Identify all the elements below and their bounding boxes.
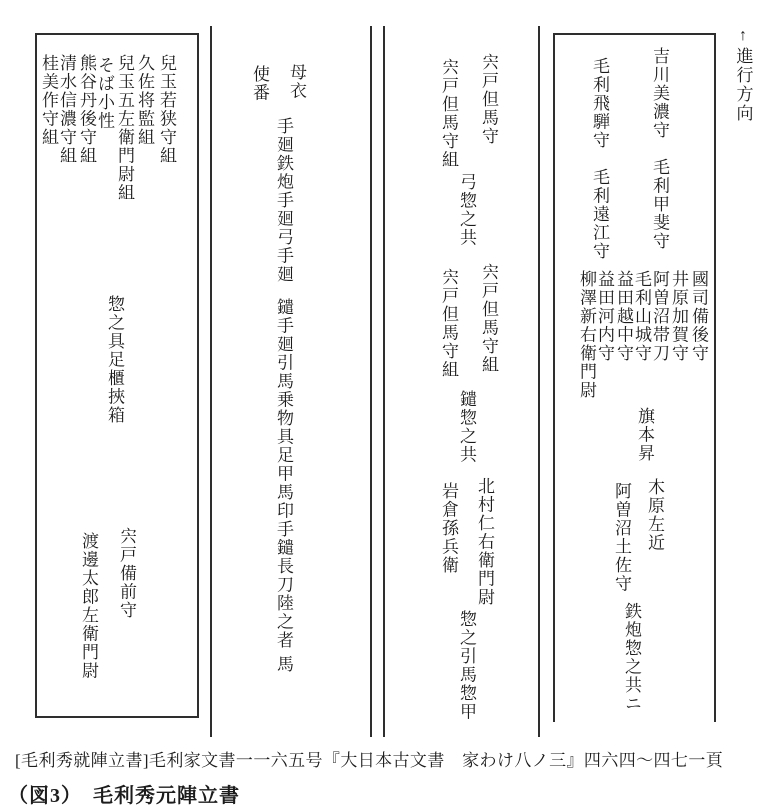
formation-entry: 鑓惣之共 — [456, 390, 475, 464]
formation-entry: 益田越中守 — [613, 270, 632, 363]
formation-entry: 益田河内守 — [594, 270, 613, 363]
formation-entry: 使番 — [249, 65, 268, 102]
formation-entry: 鑓手廻引馬乗物具足甲馬印手鑓長刀陸之者 — [273, 298, 292, 650]
formation-entry: 吉川美濃守 — [649, 47, 668, 140]
formation-entry: 手廻鉄炮手廻弓手廻 — [273, 117, 292, 284]
formation-box-4-leftmost: 兒玉若狭守組 久佐将監組 兒玉五左衛門尉組 そば小性 熊谷丹後守組 清水信濃守組… — [35, 33, 199, 718]
formation-entry: 毛利遠江守 — [589, 168, 608, 261]
formation-entry: 宍戸但馬守 — [478, 53, 497, 146]
formation-entry: 清水信濃守組 — [56, 54, 75, 165]
formation-entry: 渡邊太郎左衛門尉 — [78, 532, 97, 680]
formation-entry: 宍戸備前守 — [116, 527, 135, 620]
formation-entry: 宍戸但馬守組 — [438, 268, 457, 379]
formation-entry: 阿曽沼帯刀 — [649, 270, 668, 363]
formation-box-2: 宍戸但馬守 宍戸但馬守組 弓惣之共 宍戸但馬守組 宍戸但馬守組 鑓惣之共 北村仁… — [383, 26, 540, 737]
formation-entry: 毛利甲斐守 — [649, 158, 668, 251]
formation-entry: 岩倉孫兵衛 — [438, 482, 457, 575]
formation-entry: 毛利飛騨守 — [589, 57, 608, 150]
formation-entry: そば小性 — [94, 56, 113, 130]
formation-entry: 木原左近 — [644, 478, 663, 552]
up-arrow-icon: ↑ — [739, 28, 747, 44]
direction-label: 進行方向 — [731, 47, 756, 123]
formation-entry: 宍戸但馬守組 — [438, 58, 457, 169]
formation-entry: 井原加賀守 — [668, 270, 687, 363]
formation-entry: 兒玉若狭守組 — [156, 54, 175, 165]
formation-entry: 弓惣之共 — [456, 173, 475, 247]
formation-entry: 毛利山城守 — [631, 270, 650, 363]
formation-entry: 國司備後守 — [688, 270, 707, 363]
jinritsusho-figure: ↑ 進行方向 吉川美濃守 毛利飛騨守 毛利甲斐守 毛利遠江守 國司備後守 井原加… — [0, 0, 759, 809]
formation-entry: 桂美作守組 — [38, 54, 57, 147]
formation-entry: 鉄炮惣之共ニ — [621, 602, 640, 713]
formation-entry: 阿曽沼土佐守 — [611, 482, 630, 593]
formation-entry: 兒玉五左衛門尉組 — [114, 54, 133, 202]
formation-entry: 馬 — [273, 655, 292, 674]
formation-entry: 母衣 — [286, 63, 305, 100]
direction-indicator: ↑ 進行方向 — [729, 28, 757, 123]
formation-box-1-rightmost: 吉川美濃守 毛利飛騨守 毛利甲斐守 毛利遠江守 國司備後守 井原加賀守 阿曽沼帯… — [553, 33, 716, 722]
formation-entry: 惣之引馬惣甲 — [456, 610, 475, 721]
formation-entry: 柳澤新右衛門尉 — [576, 270, 595, 400]
source-caption: [毛利秀就陣立書]毛利家文書一一六五号『大日本古文書 家わけ八ノ三』四六四〜四七… — [15, 746, 723, 771]
formation-entry: 北村仁右衛門尉 — [474, 477, 493, 607]
formation-entry: 宍戸但馬守組 — [478, 263, 497, 374]
formation-entry: 久佐将監組 — [134, 54, 153, 147]
formation-entry: 熊谷丹後守組 — [76, 54, 95, 165]
formation-box-3: 母衣 使番 手廻鉄炮手廻弓手廻 鑓手廻引馬乗物具足甲馬印手鑓長刀陸之者 馬 — [210, 26, 372, 737]
figure-title: （図3） 毛利秀元陣立書 — [8, 779, 240, 808]
formation-entry: 旗本昇 — [634, 407, 653, 463]
formation-entry: 惣之具足櫃挾箱 — [104, 295, 123, 425]
